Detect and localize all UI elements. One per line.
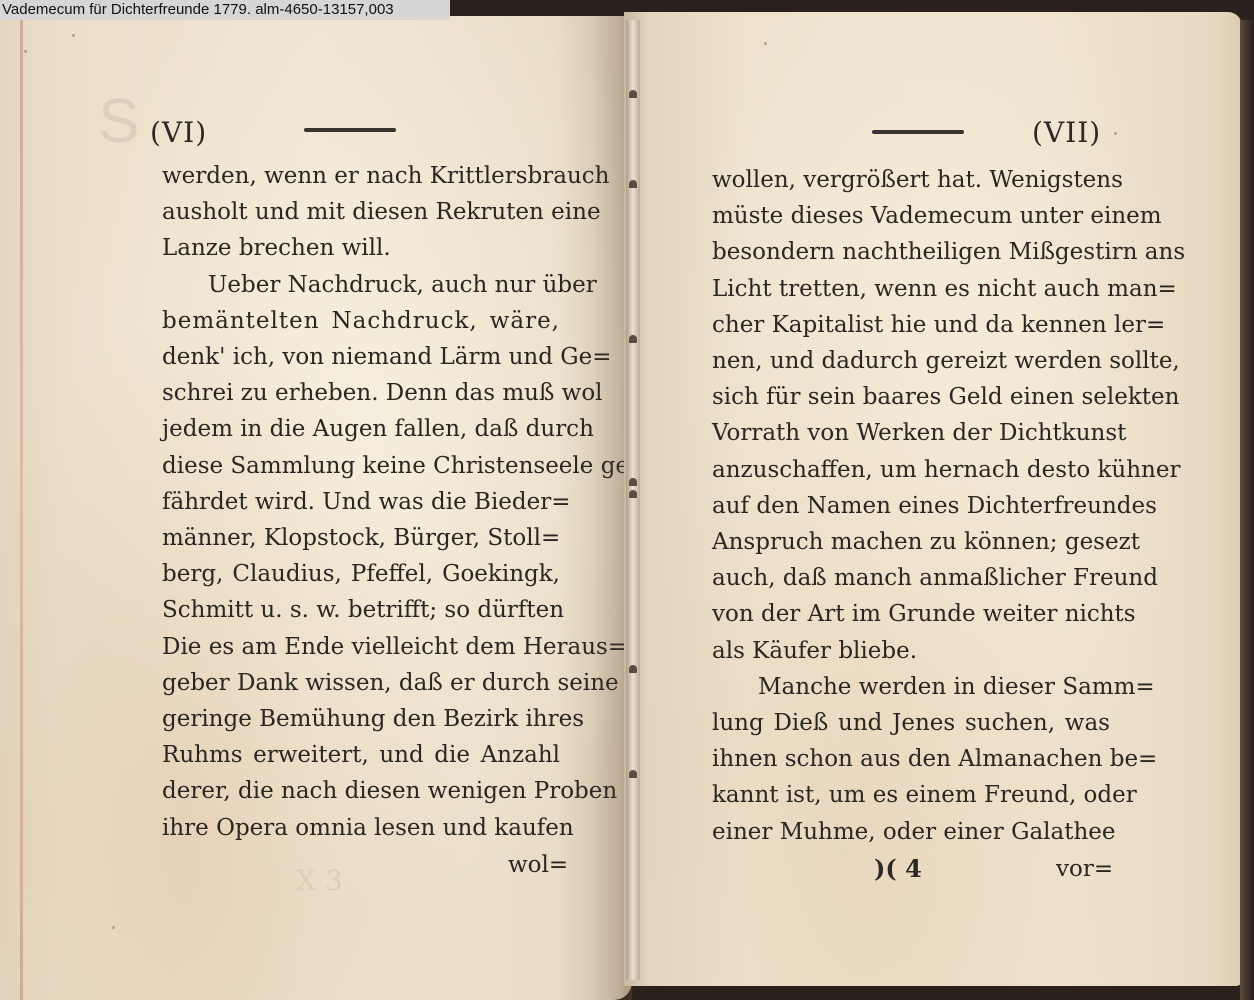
text-line: Ruhms erweitert, und die Anzahl: [162, 737, 560, 773]
text-line: nen, und dadurch gereizt werden sollte,: [712, 343, 1110, 379]
page-number-right: (VII): [1032, 116, 1101, 149]
text-line: jedem in die Augen fallen, daß durch: [162, 411, 560, 447]
text-line: Lanze brechen will.: [162, 230, 560, 266]
ghost-letter: S: [98, 86, 139, 157]
text-line: derer, die nach diesen wenigen Proben: [162, 773, 560, 809]
text-line: fährdet wird. Und was die Bieder=: [162, 484, 560, 520]
binding-stitch: [629, 665, 637, 673]
binding-stitch: [629, 90, 637, 98]
show-through-signature: X 3: [296, 864, 343, 897]
text-line: werden, wenn er nach Krittlersbrauch: [162, 158, 560, 194]
header-rule-left: [304, 128, 396, 132]
text-line: besondern nachtheiligen Mißgestirn ans: [712, 234, 1110, 270]
paper-speck: [24, 50, 27, 53]
text-line: ihnen schon aus den Almanachen be=: [712, 741, 1110, 777]
text-line: ihre Opera omnia lesen und kaufen: [162, 810, 560, 846]
paper-speck: [764, 42, 767, 45]
header-rule-right: [872, 130, 964, 134]
paper-speck: [1114, 132, 1117, 135]
image-caption: Vademecum für Dichterfreunde 1779. alm-4…: [0, 0, 450, 20]
text-line: bemäntelten Nachdruck, wäre,: [162, 303, 560, 339]
text-line: anzuschaffen, um hernach desto kühner: [712, 452, 1110, 488]
text-line: berg, Claudius, Pfeffel, Goekingk,: [162, 556, 560, 592]
text-line: Schmitt u. s. w. betrifft; so dürften: [162, 592, 560, 628]
text-line: cher Kapitalist hie und da kennen ler=: [712, 307, 1110, 343]
book-gutter: [626, 20, 640, 980]
text-line: als Käufer bliebe.: [712, 633, 1110, 669]
paper-speck: [72, 34, 75, 37]
text-line: lung Dieß und Jenes suchen, was: [712, 705, 1110, 741]
right-page-text: wollen, vergrößert hat. Wenigstens müste…: [712, 162, 1110, 850]
text-line: schrei zu erheben. Denn das muß wol: [162, 375, 560, 411]
catchword-right: vor=: [1056, 856, 1113, 882]
text-line: Licht tretten, wenn es nicht auch man=: [712, 271, 1110, 307]
signature-mark: )( 4: [874, 854, 922, 883]
left-page: S (VI) werden, wenn er nach Krittlersbra…: [0, 16, 632, 1000]
binding-stitch: [629, 490, 637, 498]
text-line: männer, Klopstock, Bürger, Stoll=: [162, 520, 560, 556]
text-line: Manche werden in dieser Samm=: [712, 669, 1110, 705]
binding-stitch: [629, 180, 637, 188]
left-page-text: werden, wenn er nach Krittlersbrauch aus…: [162, 158, 560, 846]
text-line: Die es am Ende vielleicht dem Heraus=: [162, 629, 560, 665]
binding-stitch: [629, 335, 637, 343]
catchword-left: wol=: [508, 852, 568, 878]
book-scan: S (VI) werden, wenn er nach Krittlersbra…: [0, 0, 1254, 1000]
text-line: geber Dank wissen, daß er durch seine: [162, 665, 560, 701]
paper-speck: [1098, 212, 1101, 215]
text-line: kannt ist, um es einem Freund, oder: [712, 777, 1110, 813]
text-line: auch, daß manch anmaßlicher Freund: [712, 560, 1110, 596]
text-line: von der Art im Grunde weiter nichts: [712, 596, 1110, 632]
right-page: (VII) wollen, vergrößert hat. Wenigstens…: [624, 12, 1242, 986]
text-line: wollen, vergrößert hat. Wenigstens: [712, 162, 1110, 198]
binding-stitch: [629, 770, 637, 778]
text-line: ausholt und mit diesen Rekruten eine: [162, 194, 560, 230]
binding-stitch: [629, 478, 637, 486]
book-cover-edge: [1240, 20, 1254, 1000]
text-line: Vorrath von Werken der Dichtkunst: [712, 415, 1110, 451]
text-line: einer Muhme, oder einer Galathee: [712, 814, 1110, 850]
text-line: diese Sammlung keine Christenseele ge=: [162, 448, 560, 484]
text-line: Anspruch machen zu können; gesezt: [712, 524, 1110, 560]
text-line: denk' ich, von niemand Lärm und Ge=: [162, 339, 560, 375]
text-line: müste dieses Vademecum unter einem: [712, 198, 1110, 234]
text-line: Ueber Nachdruck, auch nur über: [162, 267, 560, 303]
text-line: sich für sein baares Geld einen selekten: [712, 379, 1110, 415]
paper-speck: [112, 926, 115, 929]
text-line: auf den Namen eines Dichterfreundes: [712, 488, 1110, 524]
text-line: geringe Bemühung den Bezirk ihres: [162, 701, 560, 737]
page-number-left: (VI): [150, 116, 207, 149]
